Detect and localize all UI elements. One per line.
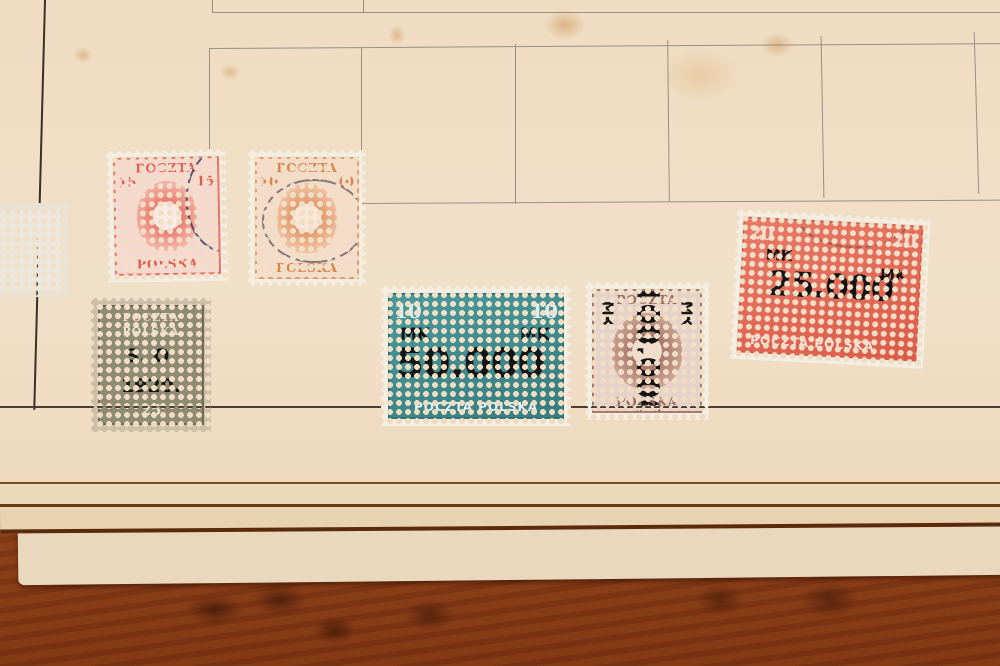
stamp-bottom-text: POLSKA — [594, 395, 700, 409]
stamp-15-red: POCZTA 15 15 POLSKA — [106, 149, 228, 283]
stamp-50000-teal: 10 10 MK MK 50.000 POCZTA POLSKA — [381, 286, 571, 426]
overprint-value: 25.000 — [767, 264, 894, 310]
grid-line — [821, 36, 825, 198]
stamp-denomination: 15 — [118, 176, 136, 191]
grid-line — [974, 32, 980, 194]
stamp-denomination: 10 — [260, 175, 278, 190]
stamp-denomination: 10 — [530, 299, 558, 323]
overprint-line1: S. O. — [100, 345, 202, 367]
grid-line — [515, 44, 516, 204]
stamp-bottom-text: POLSKA — [257, 261, 357, 275]
grid-line — [212, 0, 213, 12]
stamp-10-orange: POCZTA 10 10 POLSKA — [248, 150, 366, 286]
overprint-line2: 1920. — [100, 375, 202, 397]
overprint-unit: MK — [598, 301, 616, 328]
stamp-100000-brown: POCZTA MK MK 100.000 POLSKA — [585, 282, 709, 420]
overprint-unit: MK — [765, 246, 792, 265]
stamp-second-text: POLSKA — [100, 325, 202, 338]
stamp-bottom-text: POCZTA POLSKA — [737, 331, 916, 356]
stamp-bottom-text: POLSKA — [117, 256, 219, 272]
overprint-unit: MK — [678, 301, 696, 328]
stamp-denomination: 20 — [748, 223, 774, 245]
overprint-value: 50.000 — [396, 341, 544, 387]
stamp-blank-left — [0, 203, 68, 297]
postmark-cancel — [262, 179, 359, 263]
stamp-bottom-text: POCZTA POLSKA — [390, 400, 562, 414]
grid-line — [360, 200, 1000, 204]
grid-line — [210, 43, 1000, 49]
stamp-denomination: 10 — [394, 299, 422, 323]
grid-line — [363, 0, 364, 12]
stamp-25-olive: POCZTA POLSKA S. O. 1920. 25 — [91, 298, 211, 432]
grid-line — [212, 12, 1000, 13]
photo-scene: POCZTA 15 15 POLSKA POCZTA 10 10 POLSKA … — [0, 0, 1000, 666]
grid-line — [667, 40, 670, 202]
stamp-top-text: POCZTA — [100, 311, 202, 324]
stamp-25000-red: 20 20 MK MK 25.000 POCZTA POLSKA — [729, 209, 931, 369]
stamp-denomination: 25 — [100, 401, 202, 419]
stamp-top-text: POCZTA — [257, 161, 357, 175]
